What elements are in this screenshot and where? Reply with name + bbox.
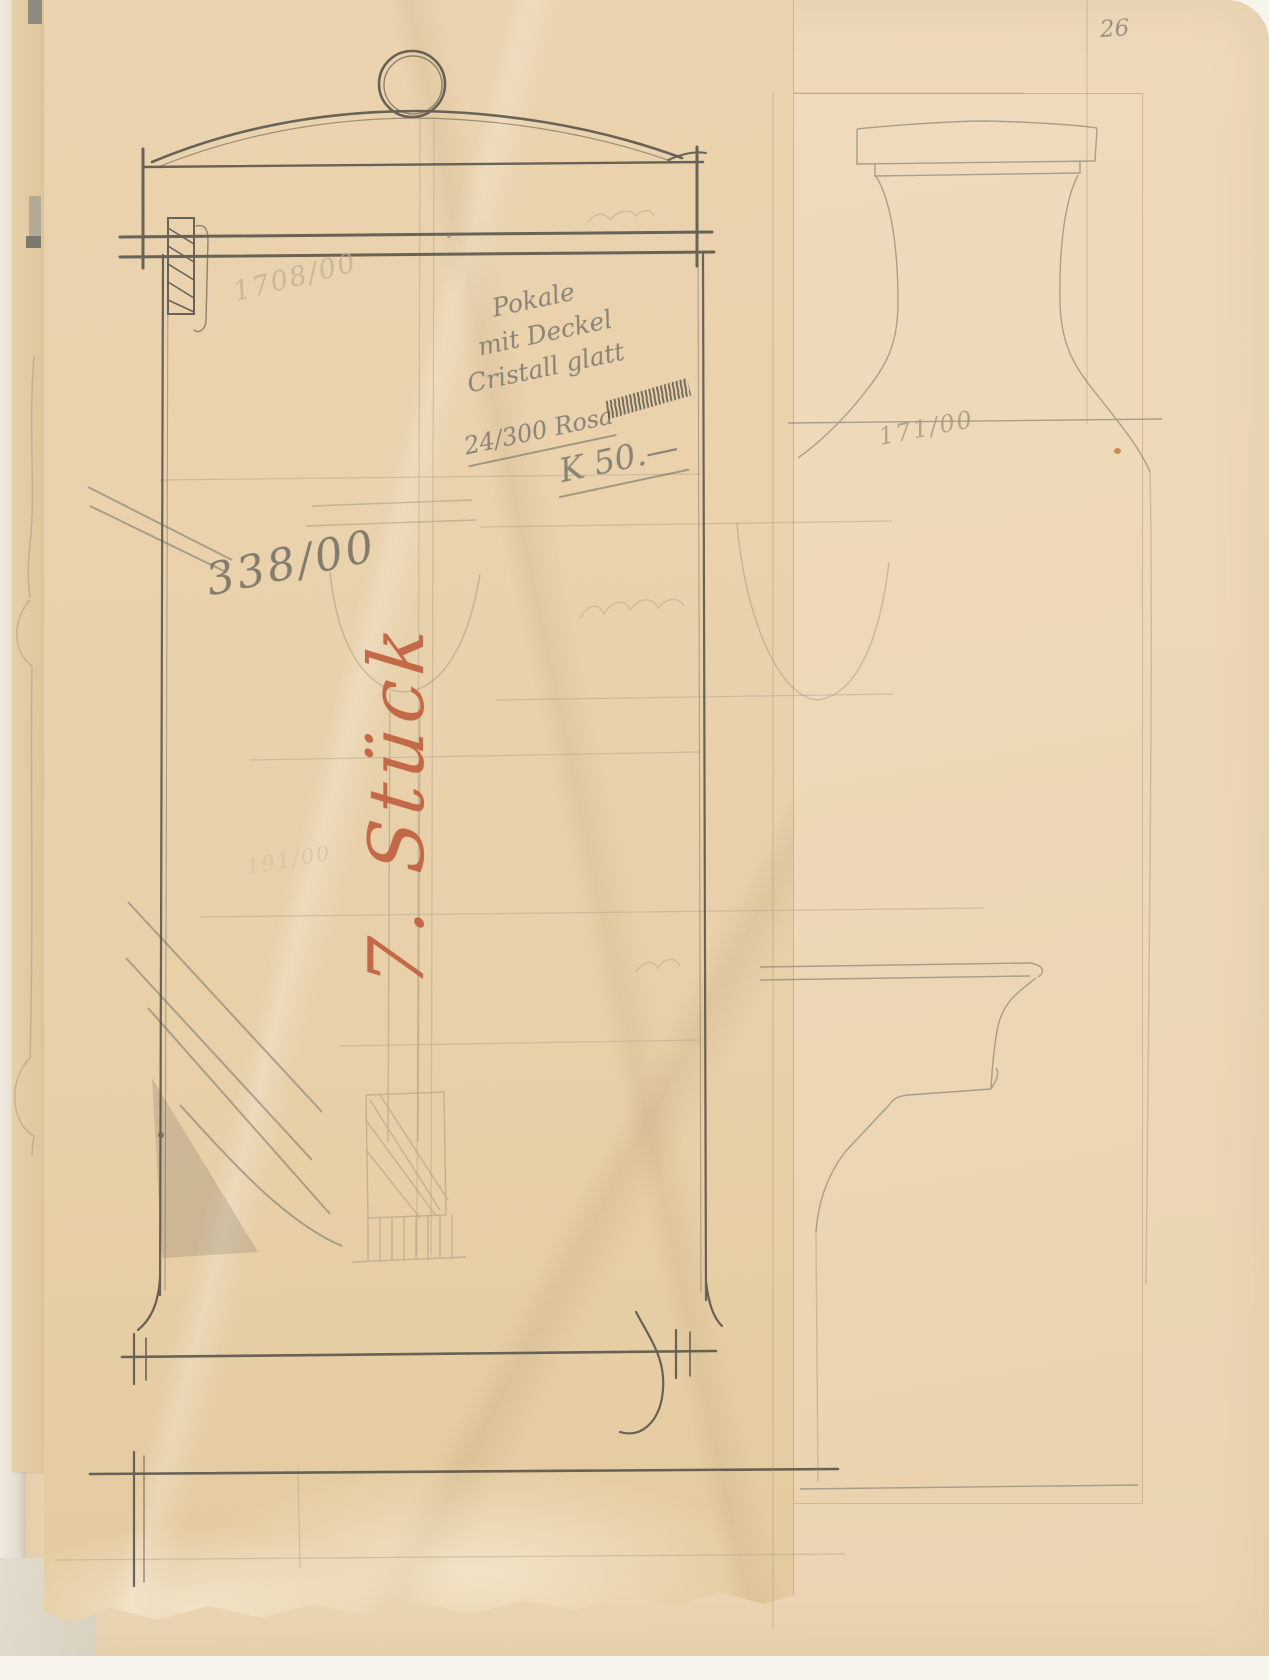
sheet-edge-lines	[773, 0, 1087, 1630]
left-margin-profile	[15, 356, 34, 1156]
pencil-dot-small	[447, 234, 451, 238]
pencil-drawing	[0, 0, 1269, 1680]
scanned-drawing-page: 26 1708/00 338/00 171/00 191/00 Pokale m…	[0, 0, 1269, 1680]
graphite-smudge	[152, 1078, 258, 1258]
jar-front-view	[90, 51, 838, 1586]
pencil-dot	[158, 1132, 164, 1138]
vase-side-view	[737, 121, 1162, 1489]
stain-speck	[1114, 448, 1121, 454]
annotation-red-quantity: 7. Stück	[352, 512, 441, 991]
page-number: 26	[1099, 15, 1130, 43]
